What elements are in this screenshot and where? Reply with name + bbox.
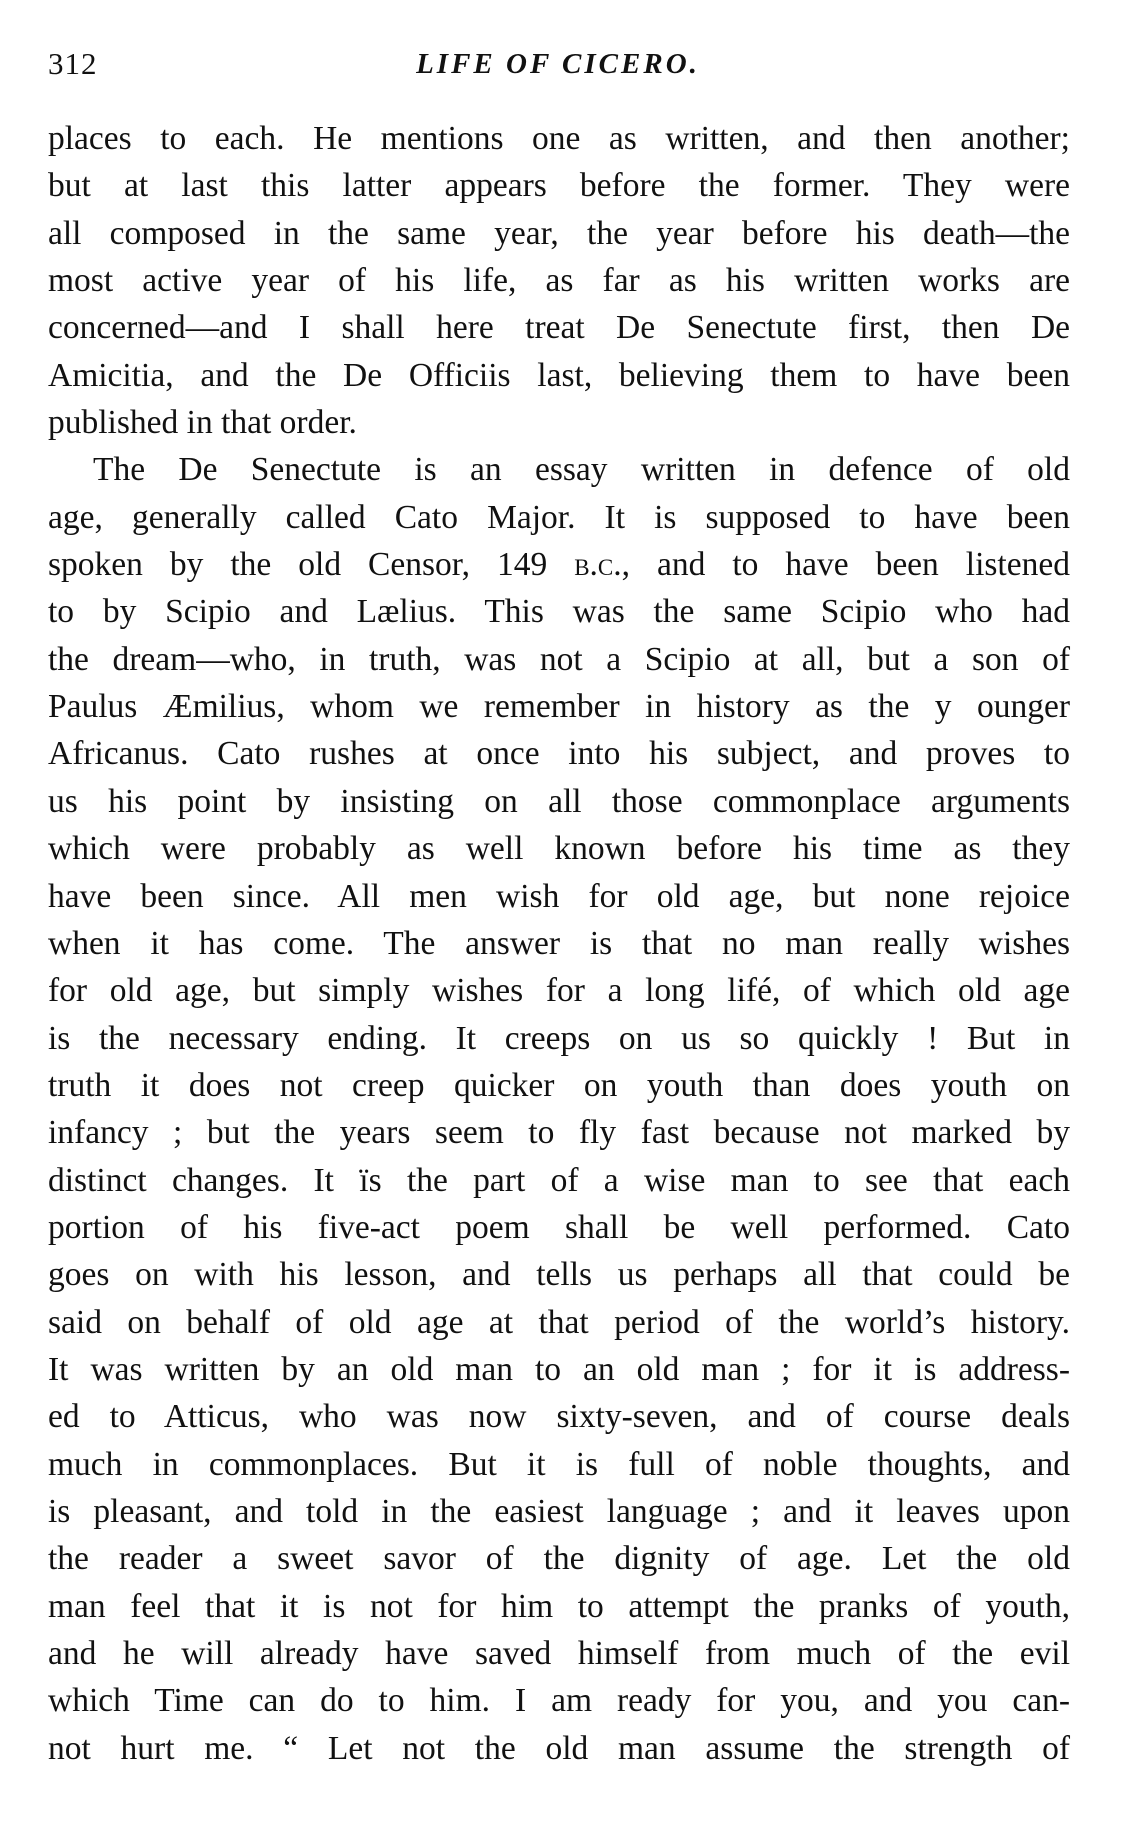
text-line: the reader a sweet savor of the dignity …	[48, 1535, 1070, 1582]
text-line: is the necessary ending. It creeps on us…	[48, 1015, 1070, 1062]
text-line: Amicitia, and the De Officiis last, beli…	[48, 352, 1070, 399]
text-fragment: , and to have been listened	[622, 546, 1070, 583]
text-line: all composed in the same year, the year …	[48, 210, 1070, 257]
text-line: man feel that it is not for him to attem…	[48, 1583, 1070, 1630]
era-abbreviation: b.c.	[574, 546, 621, 583]
page-number: 312	[48, 44, 98, 84]
paragraph-start-line: The De Senectute is an essay written in …	[48, 446, 1070, 493]
text-line: said on behalf of old age at that period…	[48, 1299, 1070, 1346]
paragraph-end-line: published in that order.	[48, 399, 1070, 446]
text-line: concerned—and I shall here treat De Sene…	[48, 304, 1070, 351]
body-text: places to each. He mentions one as writt…	[48, 115, 1070, 1772]
text-line: have been since. All men wish for old ag…	[48, 873, 1070, 920]
text-line: and he will already have saved himself f…	[48, 1630, 1070, 1677]
text-line: most active year of his life, as far as …	[48, 257, 1070, 304]
text-line: us his point by insisting on all those c…	[48, 778, 1070, 825]
text-line: Africanus. Cato rushes at once into his …	[48, 730, 1070, 777]
text-line: to by Scipio and Lælius. This was the sa…	[48, 588, 1070, 635]
running-head: 312 LIFE OF CICERO.	[48, 44, 1070, 84]
text-line: goes on with his lesson, and tells us pe…	[48, 1251, 1070, 1298]
text-line-with-date: spoken by the old Censor, 149 b.c., and …	[48, 541, 1070, 588]
running-title: LIFE OF CICERO.	[408, 44, 708, 84]
text-line: truth it does not creep quicker on youth…	[48, 1062, 1070, 1109]
text-line: Paulus Æmilius, whom we remember in hist…	[48, 683, 1070, 730]
text-fragment: spoken by the old Censor, 149	[48, 546, 574, 583]
text-line: much in commonplaces. But it is full of …	[48, 1441, 1070, 1488]
text-line: for old age, but simply wishes for a lon…	[48, 967, 1070, 1014]
text-line: distinct changes. It ïs the part of a wi…	[48, 1157, 1070, 1204]
text-line: not hurt me. “ Let not the old man assum…	[48, 1725, 1070, 1772]
text-line: places to each. He mentions one as writt…	[48, 115, 1070, 162]
text-line: but at last this latter appears before t…	[48, 162, 1070, 209]
text-line: It was written by an old man to an old m…	[48, 1346, 1070, 1393]
text-line: portion of his five-act poem shall be we…	[48, 1204, 1070, 1251]
text-line: ed to Atticus, who was now sixty-seven, …	[48, 1393, 1070, 1440]
text-line: is pleasant, and told in the easiest lan…	[48, 1488, 1070, 1535]
text-line: when it has come. The answer is that no …	[48, 920, 1070, 967]
text-line: which were probably as well known before…	[48, 825, 1070, 872]
text-line: infancy ; but the years seem to fly fast…	[48, 1109, 1070, 1156]
text-line: which Time can do to him. I am ready for…	[48, 1677, 1070, 1724]
text-line: age, generally called Cato Major. It is …	[48, 494, 1070, 541]
text-line: the dream—who, in truth, was not a Scipi…	[48, 636, 1070, 683]
